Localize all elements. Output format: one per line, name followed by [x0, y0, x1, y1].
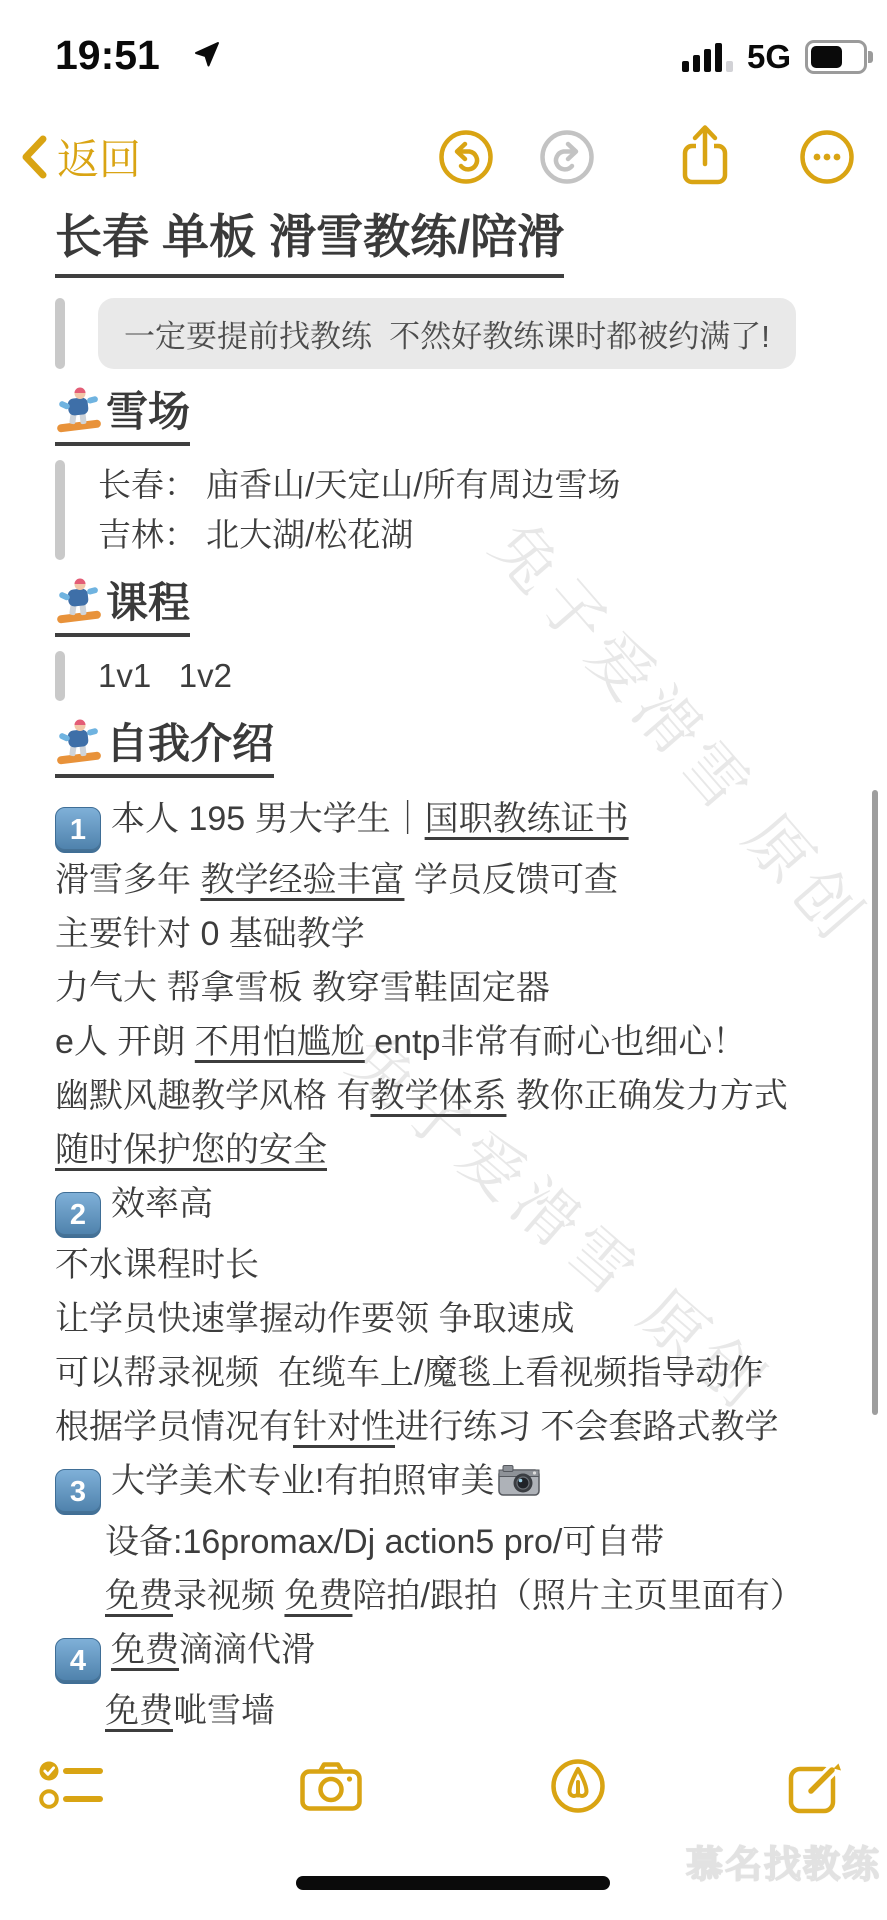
text-segment: 教学经验丰富	[200, 861, 404, 899]
text-segment: 效率高	[111, 1185, 213, 1223]
note-body[interactable]: 一定要提前找教练 不然好教练课时都被约满了!雪场长春： 庙香山/天定山/所有周边…	[55, 286, 861, 1798]
bottom-toolbar	[0, 1745, 887, 1835]
quote-line: 长春： 庙香山/天定山/所有周边雪场	[98, 460, 621, 510]
location-arrow-icon	[193, 40, 221, 68]
share-button[interactable]	[678, 121, 732, 189]
status-right-cluster: 5G	[682, 38, 867, 76]
section-header-inner: 雪场	[55, 379, 190, 446]
text-segment: 随时保护您的安全	[55, 1131, 327, 1169]
battery-fill	[811, 46, 842, 68]
text-segment: e人 开朗	[55, 1023, 195, 1061]
keycap-4-icon: 4	[55, 1638, 101, 1684]
text-segment: 国职教练证书	[425, 800, 629, 838]
markup-pen-button[interactable]	[549, 1757, 607, 1815]
network-type: 5G	[747, 38, 791, 76]
home-indicator[interactable]	[296, 1876, 610, 1890]
back-label: 返回	[57, 127, 141, 187]
text-segment: 设备:16promax/Dj action5 pro/可自带	[105, 1523, 664, 1561]
text-segment: 免费	[105, 1692, 173, 1730]
note-line: 不水课程时长	[55, 1238, 861, 1292]
quote-lines: 1v1 1v2	[98, 651, 232, 701]
redo-button[interactable]	[538, 128, 596, 186]
scrollbar[interactable]	[872, 790, 878, 1415]
section-title: 课程	[106, 570, 190, 630]
battery-icon	[805, 40, 867, 74]
text-segment: 滴滴代滑	[179, 1631, 315, 1669]
camera-emoji-icon	[498, 1459, 540, 1513]
note-title[interactable]: 长春 单板 滑雪教练/陪滑	[55, 200, 564, 278]
note-line: 根据学员情况有针对性进行练习 不会套路式教学	[55, 1400, 861, 1454]
note-line: 4免费滴滴代滑	[55, 1623, 861, 1684]
note-line: 力气大 帮拿雪板 教穿雪鞋固定器	[55, 961, 861, 1015]
section-title: 自我介绍	[106, 711, 274, 771]
section-header-inner: 课程	[55, 570, 190, 637]
note-line: 2效率高	[55, 1177, 861, 1238]
text-segment: 不水课程时长	[55, 1246, 259, 1284]
note-line: 让学员快速掌握动作要领 争取速成	[55, 1292, 861, 1346]
battery-nub	[868, 51, 873, 63]
section-header-inner: 自我介绍	[55, 711, 274, 778]
undo-button[interactable]	[437, 128, 495, 186]
text-segment: 录视频	[173, 1577, 284, 1615]
back-chevron-icon	[20, 134, 48, 180]
text-segment: 免费	[111, 1631, 179, 1669]
note-line: 1本人 195 男大学生｜国职教练证书	[55, 792, 861, 853]
camera-button[interactable]	[300, 1761, 362, 1811]
compose-button[interactable]	[787, 1757, 845, 1815]
text-segment: entp非常有耐心也细心！	[365, 1023, 747, 1061]
snowboarder-emoji-icon	[55, 385, 103, 433]
text-segment: 教学体系	[370, 1077, 506, 1115]
text-segment: 大学美术专业!有拍照审美	[111, 1462, 494, 1500]
section-header: 自我介绍	[55, 711, 861, 778]
note-line: 3大学美术专业!有拍照审美	[55, 1454, 861, 1515]
cellular-signal-icon	[682, 42, 733, 72]
snowboarder-emoji-icon	[55, 576, 103, 624]
quote-bar	[55, 460, 65, 560]
text-segment: 滑雪多年	[55, 861, 200, 899]
text-segment: 力气大 帮拿雪板 教穿雪鞋固定器	[55, 969, 550, 1007]
text-segment: 幽默风趣教学风格 有	[55, 1077, 370, 1115]
keycap-2-icon: 2	[55, 1192, 101, 1238]
note-line: 免费录视频 免费陪拍/跟拍（照片主页里面有）	[55, 1569, 861, 1623]
section-header: 雪场	[55, 379, 861, 446]
note-line: 主要针对 0 基础教学	[55, 907, 861, 961]
text-segment: 陪拍/跟拍（照片主页里面有）	[352, 1577, 803, 1615]
section-title: 雪场	[106, 379, 190, 439]
quote-bar	[55, 651, 65, 701]
quote-bar	[55, 298, 65, 369]
quote-line: 吉林： 北大湖/松花湖	[98, 510, 621, 560]
text-segment: 可以帮录视频 在缆车上/魔毯上看视频指导动作	[55, 1354, 763, 1392]
quote-lines: 长春： 庙香山/天定山/所有周边雪场吉林： 北大湖/松花湖	[98, 460, 621, 560]
text-segment: 学员反馈可查	[404, 861, 617, 899]
blockquote: 1v1 1v2	[55, 651, 861, 701]
keycap-3-icon: 3	[55, 1469, 101, 1515]
text-segment: 不用怕尴尬	[195, 1023, 365, 1061]
keycap-1-icon: 1	[55, 807, 101, 853]
blockquote: 一定要提前找教练 不然好教练课时都被约满了!	[55, 298, 861, 369]
text-segment: 本人 195 男大学生｜	[111, 800, 425, 838]
section-header: 课程	[55, 570, 861, 637]
checklist-button[interactable]	[38, 1759, 104, 1811]
text-segment: 主要针对 0 基础教学	[55, 915, 365, 953]
text-segment: 教你正确发力方式	[506, 1077, 787, 1115]
text-segment: 呲雪墙	[173, 1692, 275, 1730]
note-line: e人 开朗 不用怕尴尬 entp非常有耐心也细心！	[55, 1015, 861, 1069]
snowboarder-emoji-icon	[55, 717, 103, 765]
text-segment: 让学员快速掌握动作要领 争取速成	[55, 1300, 574, 1338]
note-line: 可以帮录视频 在缆车上/魔毯上看视频指导动作	[55, 1346, 861, 1400]
blockquote: 长春： 庙香山/天定山/所有周边雪场吉林： 北大湖/松花湖	[55, 460, 861, 560]
note-line: 设备:16promax/Dj action5 pro/可自带	[55, 1515, 861, 1569]
corner-watermark: 慕名找教练	[686, 1834, 881, 1888]
status-time: 19:51	[55, 32, 160, 79]
note-line: 随时保护您的安全	[55, 1123, 861, 1177]
text-segment: 免费	[105, 1577, 173, 1615]
text-segment: 免费	[284, 1577, 352, 1615]
note-line: 免费呲雪墙	[55, 1684, 861, 1738]
quote-line: 1v1 1v2	[98, 651, 232, 701]
text-segment: 进行练习 不会套路式教学	[395, 1408, 778, 1446]
text-segment: 针对性	[293, 1408, 395, 1446]
note-line: 滑雪多年 教学经验丰富 学员反馈可查	[55, 853, 861, 907]
back-button[interactable]: 返回	[20, 127, 141, 187]
note-line: 幽默风趣教学风格 有教学体系 教你正确发力方式	[55, 1069, 861, 1123]
more-button[interactable]	[798, 128, 856, 186]
quote-highlight-box: 一定要提前找教练 不然好教练课时都被约满了!	[98, 298, 796, 369]
text-segment: 根据学员情况有	[55, 1408, 293, 1446]
